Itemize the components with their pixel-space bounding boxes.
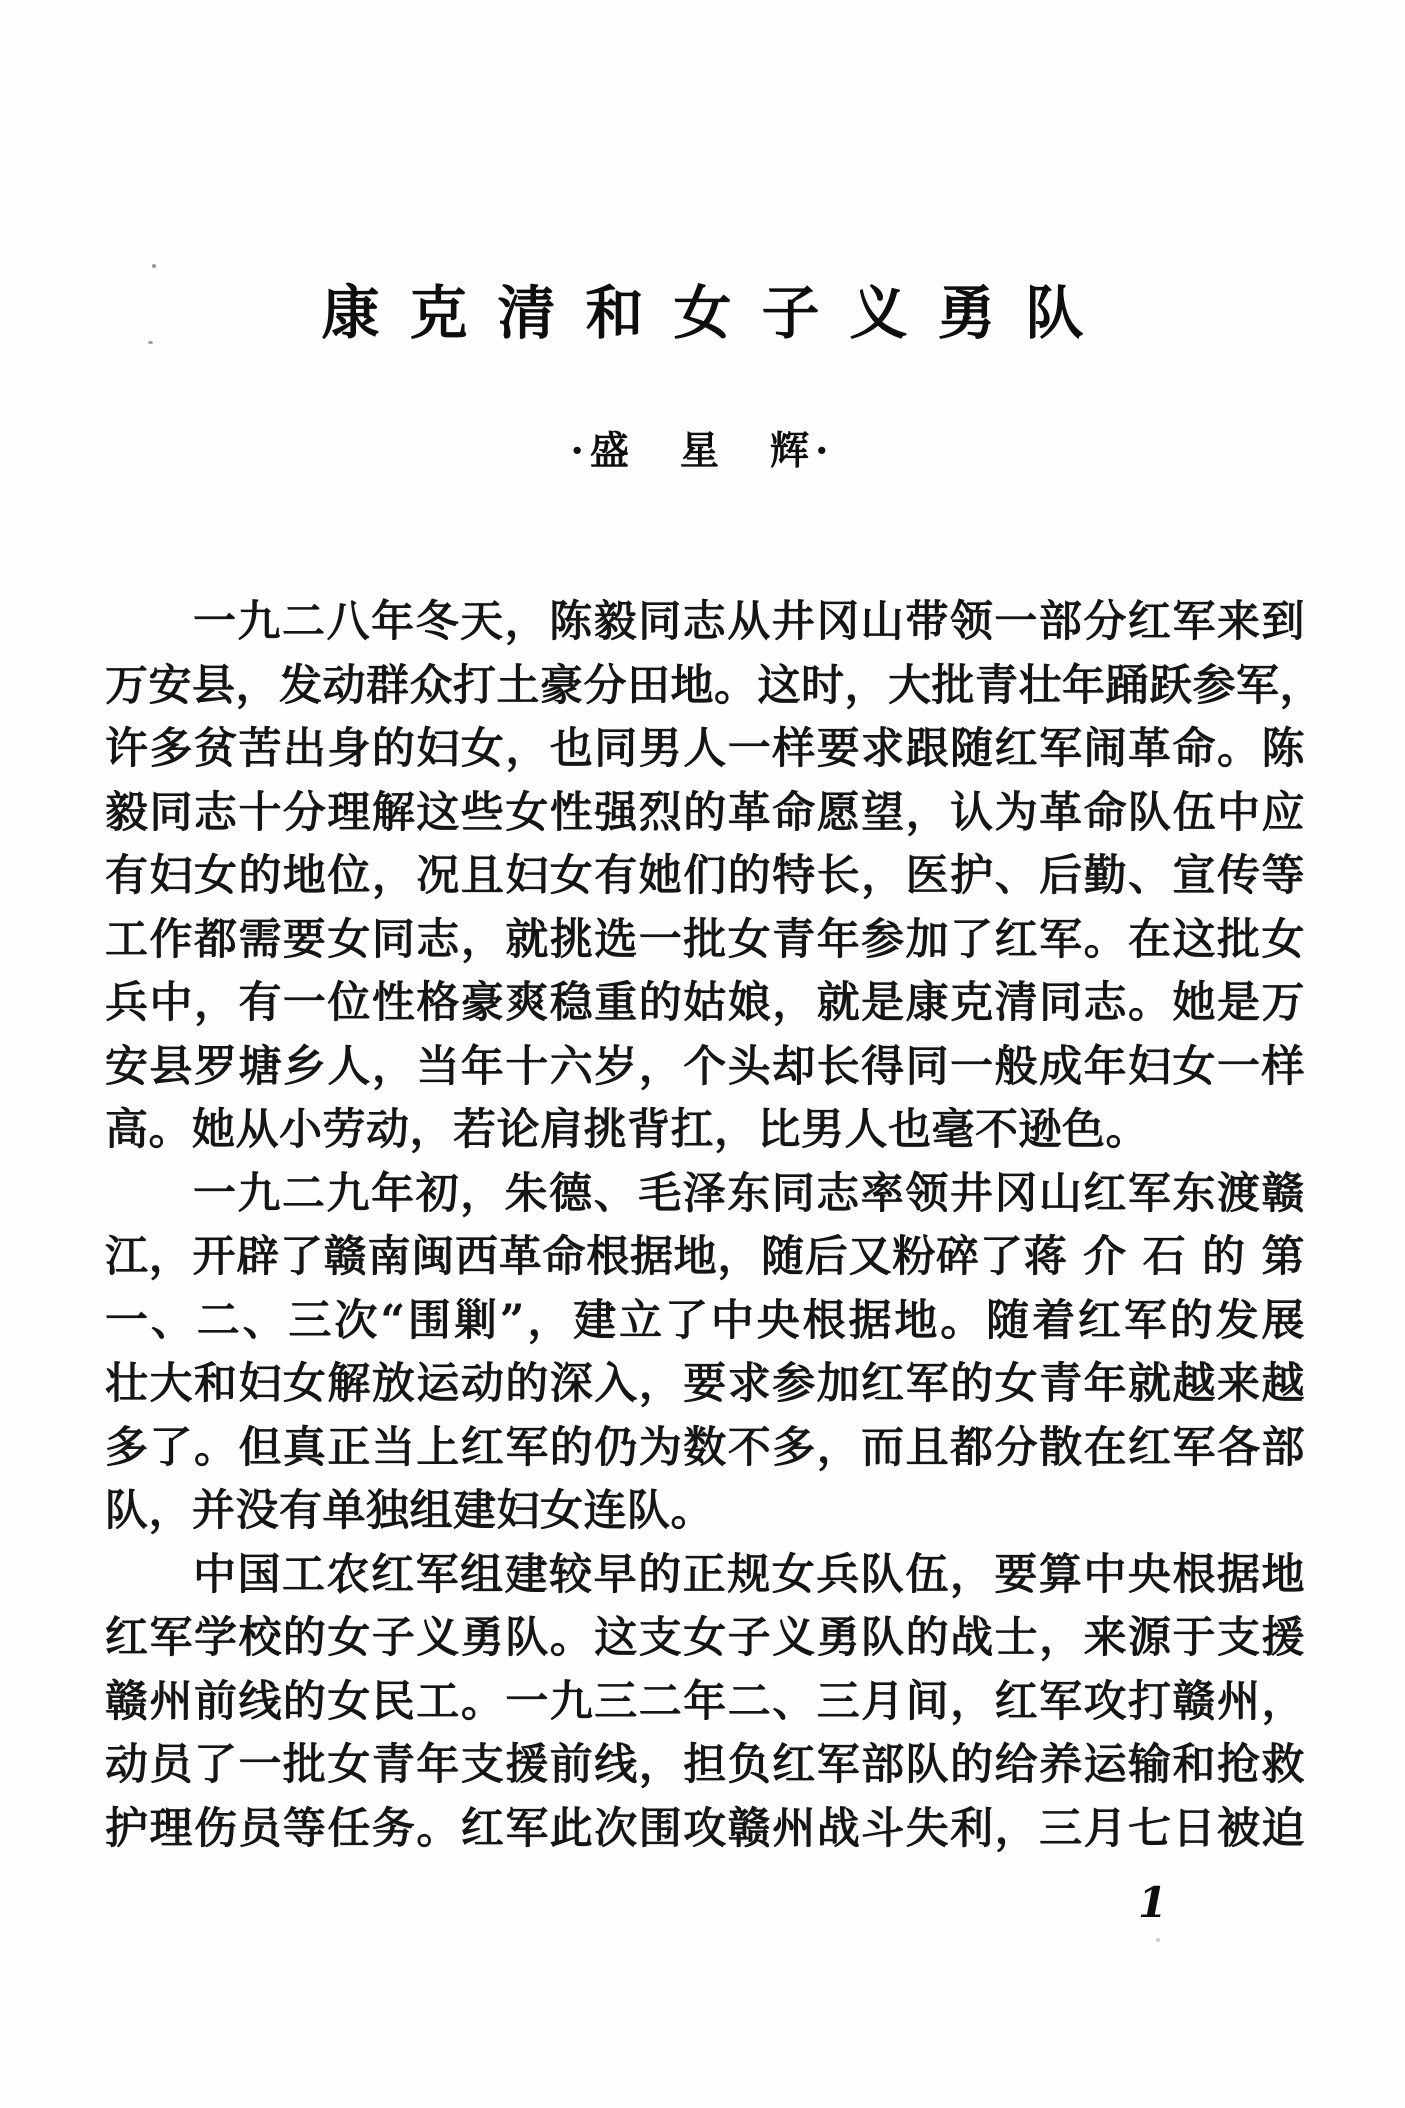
article-title: 康克清和女子义勇队	[0, 266, 1405, 350]
body-line: 动员了一批女青年支援前线，担负红军部队的给养运输和抢救	[105, 1734, 1305, 1798]
body-line: 毅同志十分理解这些女性强烈的革命愿望，认为革命队伍中应	[105, 782, 1305, 846]
body-line: 兵中，有一位性格豪爽稳重的姑娘，就是康克清同志。她是万	[105, 972, 1305, 1036]
body-line: 一九二九年初，朱德、毛泽东同志率领井冈山红军东渡赣	[105, 1163, 1305, 1227]
page-number: 1	[1138, 1878, 1167, 1927]
scan-speck	[152, 264, 156, 268]
scanned-book-page: 康克清和女子义勇队 ·盛 星 辉· 一九二八年冬天，陈毅同志从井冈山带领一部分红…	[0, 0, 1405, 2108]
body-line: 赣州前线的女民工。一九三二年二、三月间，红军攻打赣州，	[105, 1671, 1305, 1735]
body-line: 高。她从小劳动，若论肩挑背扛，比男人也毫不逊色。	[105, 1099, 1305, 1163]
body-line: 一九二八年冬天，陈毅同志从井冈山带领一部分红军来到	[105, 591, 1305, 655]
scan-speck	[1156, 1938, 1160, 1942]
body-line: 队，并没有单独组建妇女连队。	[105, 1480, 1305, 1544]
body-line: 红军学校的女子义勇队。这支女子义勇队的战士，来源于支援	[105, 1607, 1305, 1671]
author-byline: ·盛 星 辉·	[0, 420, 1405, 476]
body-line: 护理伤员等任务。红军此次围攻赣州战斗失利，三月七日被迫	[105, 1798, 1305, 1862]
scan-speck	[148, 341, 153, 344]
body-line: 壮大和妇女解放运动的深入，要求参加红军的女青年就越来越	[105, 1353, 1305, 1417]
body-line: 一、二、三次“围剿”，建立了中央根据地。随着红军的发展	[105, 1290, 1305, 1354]
body-line: 江，开辟了赣南闽西革命根据地，随后又粉碎了蒋 介 石 的 第	[105, 1226, 1305, 1290]
body-line: 工作都需要女同志，就挑选一批女青年参加了红军。在这批女	[105, 909, 1305, 973]
body-line: 多了。但真正当上红军的仍为数不多，而且都分散在红军各部	[105, 1417, 1305, 1481]
body-line: 有妇女的地位，况且妇女有她们的特长，医护、后勤、宣传等	[105, 845, 1305, 909]
body-line: 安县罗塘乡人，当年十六岁，个头却长得同一般成年妇女一样	[105, 1036, 1305, 1100]
body-line: 中国工农红军组建较早的正规女兵队伍，要算中央根据地	[105, 1544, 1305, 1608]
article-body: 一九二八年冬天，陈毅同志从井冈山带领一部分红军来到万安县，发动群众打土豪分田地。…	[105, 591, 1305, 1861]
body-line: 许多贫苦出身的妇女，也同男人一样要求跟随红军闹革命。陈	[105, 718, 1305, 782]
body-line: 万安县，发动群众打土豪分田地。这时，大批青壮年踊跃参军，	[105, 655, 1305, 719]
